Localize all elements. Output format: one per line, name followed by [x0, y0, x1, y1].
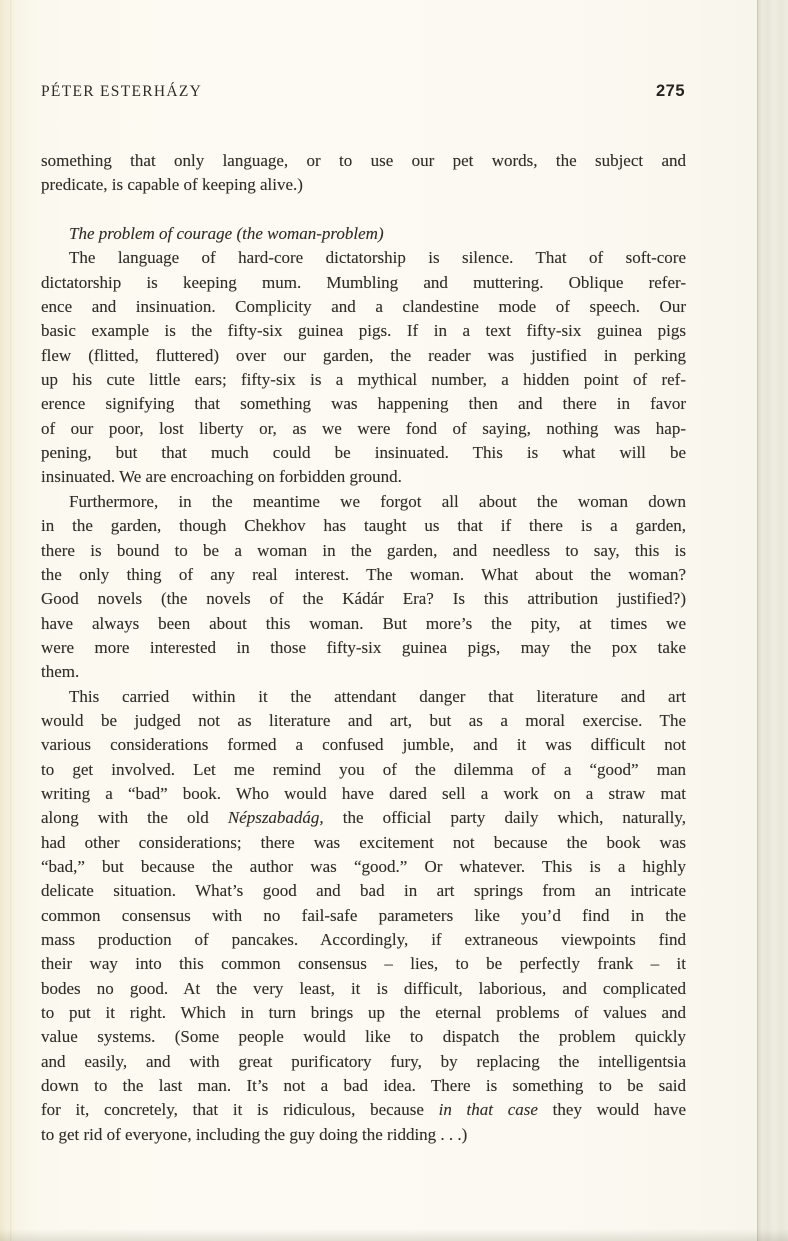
text-line: ence and insinuation. Complicity and a c…: [41, 295, 686, 319]
book-page-scan: PÉTER ESTERHÁZY 275 something that only …: [0, 0, 788, 1241]
text-line: common consensus with no fail-safe param…: [41, 904, 686, 928]
paragraph: something that only language, or to use …: [41, 149, 686, 198]
text-line: Furthermore, in the meantime we forgot a…: [41, 490, 686, 514]
text-line: in the garden, though Chekhov has taught…: [41, 514, 686, 538]
text-line: their way into this common consensus – l…: [41, 952, 686, 976]
text-line: there is bound to be a woman in the gard…: [41, 539, 686, 563]
running-header: PÉTER ESTERHÁZY 275: [41, 82, 685, 101]
text-line: dictatorship is keeping mum. Mumbling an…: [41, 271, 686, 295]
text-line: pening, but that much could be insinuate…: [41, 441, 686, 465]
text-line: were more interested in those fifty-six …: [41, 636, 686, 660]
text-line: delicate situation. What’s good and bad …: [41, 879, 686, 903]
text-line: and easily, and with great purificatory …: [41, 1050, 686, 1074]
text-line: to get rid of everyone, including the gu…: [41, 1123, 686, 1147]
text-line: along with the old Népszabadág, the offi…: [41, 806, 686, 830]
text-line: “bad,” but because the author was “good.…: [41, 855, 686, 879]
text-line: to put it right. Which in turn brings up…: [41, 1001, 686, 1025]
text-line: have always been about this woman. But m…: [41, 612, 686, 636]
text-line: insinuated. We are encroaching on forbid…: [41, 465, 686, 489]
running-header-author: PÉTER ESTERHÁZY: [41, 83, 202, 101]
text-line: predicate, is capable of keeping alive.): [41, 173, 686, 197]
page-number: 275: [656, 82, 685, 101]
text-line: various considerations formed a confused…: [41, 733, 686, 757]
text-line: to get involved. Let me remind you of th…: [41, 758, 686, 782]
text-line: had other considerations; there was exci…: [41, 831, 686, 855]
text-line: erence signifying that something was hap…: [41, 392, 686, 416]
text-line: writing a “bad” book. Who would have dar…: [41, 782, 686, 806]
text-line: flew (flitted, fluttered) over our garde…: [41, 344, 686, 368]
paragraph: The language of hard-core dictatorship i…: [41, 246, 686, 489]
paragraph: Furthermore, in the meantime we forgot a…: [41, 490, 686, 685]
text-line: value systems. (Some people would like t…: [41, 1025, 686, 1049]
page-edge-strip: [757, 0, 788, 1241]
paragraph: This carried within it the attendant dan…: [41, 685, 686, 1148]
text-line: The problem of courage (the woman-proble…: [41, 222, 686, 246]
section-heading: The problem of courage (the woman-proble…: [41, 222, 686, 246]
text-line: basic example is the fifty-six guinea pi…: [41, 319, 686, 343]
text-line: The language of hard-core dictatorship i…: [41, 246, 686, 270]
text-line: mass production of pancakes. Accordingly…: [41, 928, 686, 952]
page-gutter-crease: [10, 0, 12, 1241]
text-line: for it, concretely, that it is ridiculou…: [41, 1098, 686, 1122]
text-line: This carried within it the attendant dan…: [41, 685, 686, 709]
text-line: something that only language, or to use …: [41, 149, 686, 173]
text-line: them.: [41, 660, 686, 684]
text-line: of our poor, lost liberty or, as we were…: [41, 417, 686, 441]
text-line: Good novels (the novels of the Kádár Era…: [41, 587, 686, 611]
text-line: down to the last man. It’s not a bad ide…: [41, 1074, 686, 1098]
bottom-scan-shadow: [0, 1229, 788, 1241]
text-line: would be judged not as literature and ar…: [41, 709, 686, 733]
text-line: up his cute little ears; fifty-six is a …: [41, 368, 686, 392]
text-line: the only thing of any real interest. The…: [41, 563, 686, 587]
text-line: bodes no good. At the very least, it is …: [41, 977, 686, 1001]
body-text: something that only language, or to use …: [41, 149, 686, 1147]
